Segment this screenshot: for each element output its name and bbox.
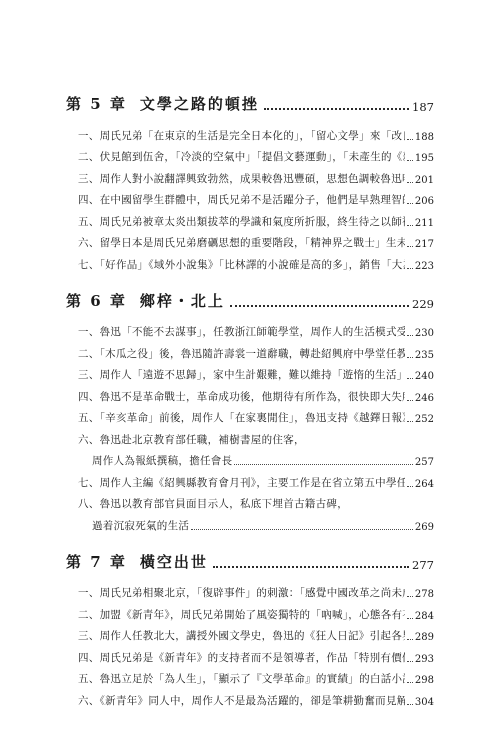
toc-entry-text: 一、周氏兄弟相聚北京，「復辟事件」的刺激：「感覺中國改革之尚未成功」 [66,585,405,600]
toc-entry-line: 三、周作人任教北大，講授外國文學史，魯迅的《狂人日記》引起各界關注289 [66,622,434,644]
toc-entry-page-number: 217 [415,239,434,250]
toc-entry-line: 五、魯迅立足於「為人生」，「顯示了『文學革命』的實績」的白話小說創作298 [66,665,434,687]
toc-entry-text: 一、周氏兄弟「在東京的生活是完全日本化的」，「留心文學」來「改良社會」 [66,128,405,143]
toc-entry-text: 三、周作人「遠遊不思歸」，家中生計艱難，難以維持「遊惰的生活」 [66,367,405,382]
toc-entry-line: 六、魯迅赴北京教育部任職，補樹書屋的住客， [66,425,434,447]
toc-entry-page-number: 240 [415,371,434,382]
toc-entry-line: 過着沉寂死氣的生活269 [66,511,434,533]
toc-entry-line: 四、魯迅不是革命戰士，革命成功後，他期待有所作為，很快即大失所望246 [66,382,434,404]
toc-entry-line: 七、「好作品」《域外小說集》「比林譯的小說確是高的多」，銷售「大為失敗」223 [66,250,434,272]
toc-entry-line: 二、「木瓜之役」後，魯迅隨許壽裳一道辭職，轉赴紹興府中學堂任教235 [66,339,434,361]
dot-leader [213,566,409,568]
toc-entry-text: 三、周作人對小說翻譯興致勃然，成果較魯迅豐碩，思想色調較魯迅明亮 [66,171,405,186]
dot-leader [407,639,413,640]
toc-entry-line: 六、《新青年》同人中，周作人不是最為活躍的，卻是筆耕勤奮而見解獨到的304 [66,686,434,708]
toc-entry-page-number: 206 [415,196,434,207]
dot-leader [407,357,413,358]
dot-leader [407,203,413,204]
toc-entry-line: 四、在中國留學生群體中，周氏兄弟不是活躍分子，他們是早熟理智的青年206 [66,186,434,208]
toc-entry-page-number: 195 [415,153,434,164]
dot-leader [407,160,413,161]
dot-leader [407,268,413,269]
toc-entry-line: 五、「辛亥革命」前後，周作人「在家裏閒住」，魯迅支持《越鐸日報》252 [66,404,434,426]
toc-entry-line: 四、周氏兄弟是《新青年》的支持者而不是領導者，作品「特別有價值」293 [66,643,434,665]
chapter-number-label: 第 7 章 [66,551,127,572]
toc-entry-page-number: 304 [415,697,434,708]
chapter-number-label: 第 5 章 [66,93,127,114]
toc-entry-page-number: 289 [415,632,434,643]
toc-entry-page-number: 278 [415,589,434,600]
chapter-title: 鄉梓・北上 [140,290,225,311]
dot-leader [407,682,413,683]
chapter-block: 第 6 章鄉梓・北上229一、魯迅「不能不去謀事」，任教浙江師範學堂，周作人的生… [66,290,434,533]
chapter-heading-row: 第 6 章鄉梓・北上229 [66,290,434,311]
toc-entry-line: 一、魯迅「不能不去謀事」，任教浙江師範學堂，周作人的生活模式受到衝擊230 [66,318,434,340]
toc-entry-line: 六、留學日本是周氏兄弟磨礪思想的重要階段，「精神界之戰士」生未逢時217 [66,229,434,251]
toc-entry-line: 一、周氏兄弟相聚北京，「復辟事件」的刺激：「感覺中國改革之尚未成功」278 [66,579,434,601]
toc-entry-text: 周作人為報紙撰稿，擔任會長 [66,453,232,468]
chapter-number-label: 第 6 章 [66,290,127,311]
toc-page: 第 5 章文學之路的頓挫187一、周氏兄弟「在東京的生活是完全日本化的」，「留心… [0,0,483,737]
chapter-page-number: 229 [412,297,434,311]
toc-entry-text: 五、周氏兄弟被章太炎出類拔萃的學識和氣度所折服，終生待之以師禮 [66,214,405,229]
dot-leader [407,661,413,662]
toc-entry-text: 六、留學日本是周氏兄弟磨礪思想的重要階段，「精神界之戰士」生未逢時 [66,235,405,250]
dot-leader [407,596,413,597]
dot-leader [407,400,413,401]
toc-entry-text: 三、周作人任教北大，講授外國文學史，魯迅的《狂人日記》引起各界關注 [66,628,405,643]
dot-leader [407,246,413,247]
toc-entry-text: 四、周氏兄弟是《新青年》的支持者而不是領導者，作品「特別有價值」 [66,650,405,665]
chapter-heading-row: 第 7 章橫空出世277 [66,551,434,572]
dot-leader [407,182,413,183]
toc-entry-page-number: 235 [415,350,434,361]
dot-leader [234,464,413,465]
toc-entry-text: 七、周作人主編《紹興縣教育會月刊》，主要工作是在省立第五中學任教 [66,475,405,490]
toc-entry-page-number: 298 [415,675,434,686]
toc-entry-text: 五、魯迅立足於「為人生」，「顯示了『文學革命』的實績」的白話小說創作 [66,671,405,686]
toc-entry-page-number: 230 [415,328,434,339]
toc-entry-line: 五、周氏兄弟被章太炎出類拔萃的學識和氣度所折服，終生待之以師禮211 [66,207,434,229]
toc-entry-text: 六、魯迅赴北京教育部任職，補樹書屋的住客， [66,432,305,447]
toc-entry-line: 一、周氏兄弟「在東京的生活是完全日本化的」，「留心文學」來「改良社會」188 [66,121,434,143]
toc-entry-page-number: 211 [415,218,434,229]
toc-entry-text: 六、《新青年》同人中，周作人不是最為活躍的，卻是筆耕勤奮而見解獨到的 [66,693,405,708]
toc-entry-page-number: 252 [415,414,434,425]
toc-entry-text: 七、「好作品」《域外小說集》「比林譯的小說確是高的多」，銷售「大為失敗」 [66,257,405,272]
toc-entry-line: 七、周作人主編《紹興縣教育會月刊》，主要工作是在省立第五中學任教264 [66,468,434,490]
toc-entry-line: 二、伏見館到伍舍，「冷淡的空氣中」「提倡文藝運動」，「未產生的《新生》」195 [66,143,434,165]
toc-entry-page-number: 284 [415,611,434,622]
dot-leader [191,529,413,530]
dot-leader [407,618,413,619]
toc-entry-text: 四、在中國留學生群體中，周氏兄弟不是活躍分子，他們是早熟理智的青年 [66,192,405,207]
toc-entry-text: 二、「木瓜之役」後，魯迅隨許壽裳一道辭職，轉赴紹興府中學堂任教 [66,346,405,361]
toc-entry-text: 八、魯迅以教育部官員面目示人，私底下埋首古籍古碑， [66,496,348,511]
toc-entry-text: 五、「辛亥革命」前後，周作人「在家裏閒住」，魯迅支持《越鐸日報》 [66,410,405,425]
toc-entry-page-number: 269 [415,522,434,533]
toc-entry-page-number: 188 [415,132,434,143]
chapter-title: 文學之路的頓挫 [140,93,259,114]
toc-entry-text: 二、加盟《新青年》，周氏兄弟開始了風姿獨特的「吶喊」，心態各有不同 [66,607,405,622]
toc-entry-text: 過着沉寂死氣的生活 [66,518,189,533]
toc-entry-line: 八、魯迅以教育部官員面目示人，私底下埋首古籍古碑， [66,490,434,512]
toc-entry-page-number: 201 [415,175,434,186]
toc-entry-text: 一、魯迅「不能不去謀事」，任教浙江師範學堂，周作人的生活模式受到衝擊 [66,324,405,339]
dot-leader [407,421,413,422]
dot-leader [264,108,409,110]
chapter-page-number: 187 [412,100,434,114]
chapter-title: 橫空出世 [140,551,208,572]
toc-entry-line: 三、周作人對小說翻譯興致勃然，成果較魯迅豐碩，思想色調較魯迅明亮201 [66,164,434,186]
toc-entry-text: 二、伏見館到伍舍，「冷淡的空氣中」「提倡文藝運動」，「未產生的《新生》」 [66,149,405,164]
chapter-heading-row: 第 5 章文學之路的頓挫187 [66,93,434,114]
chapter-block: 第 5 章文學之路的頓挫187一、周氏兄弟「在東京的生活是完全日本化的」，「留心… [66,93,434,272]
toc-entry-page-number: 264 [415,479,434,490]
dot-leader [407,225,413,226]
dot-leader [407,704,413,705]
dot-leader [407,378,413,379]
toc-entry-page-number: 223 [415,261,434,272]
toc-entry-line: 三、周作人「遠遊不思歸」，家中生計艱難，難以維持「遊惰的生活」240 [66,361,434,383]
dot-leader [407,139,413,140]
toc-entry-page-number: 293 [415,654,434,665]
toc-entry-line: 二、加盟《新青年》，周氏兄弟開始了風姿獨特的「吶喊」，心態各有不同284 [66,600,434,622]
toc-entry-page-number: 257 [415,457,434,468]
toc-entry-page-number: 246 [415,393,434,404]
dot-leader [407,486,413,487]
toc-entry-line: 周作人為報紙撰稿，擔任會長257 [66,447,434,469]
toc-entry-text: 四、魯迅不是革命戰士，革命成功後，他期待有所作為，很快即大失所望 [66,389,405,404]
chapter-page-number: 277 [412,558,434,572]
chapter-block: 第 7 章橫空出世277一、周氏兄弟相聚北京，「復辟事件」的刺激：「感覺中國改革… [66,551,434,708]
dot-leader [407,335,413,336]
dot-leader [230,305,409,307]
toc-chapter-list: 第 5 章文學之路的頓挫187一、周氏兄弟「在東京的生活是完全日本化的」，「留心… [66,93,434,708]
